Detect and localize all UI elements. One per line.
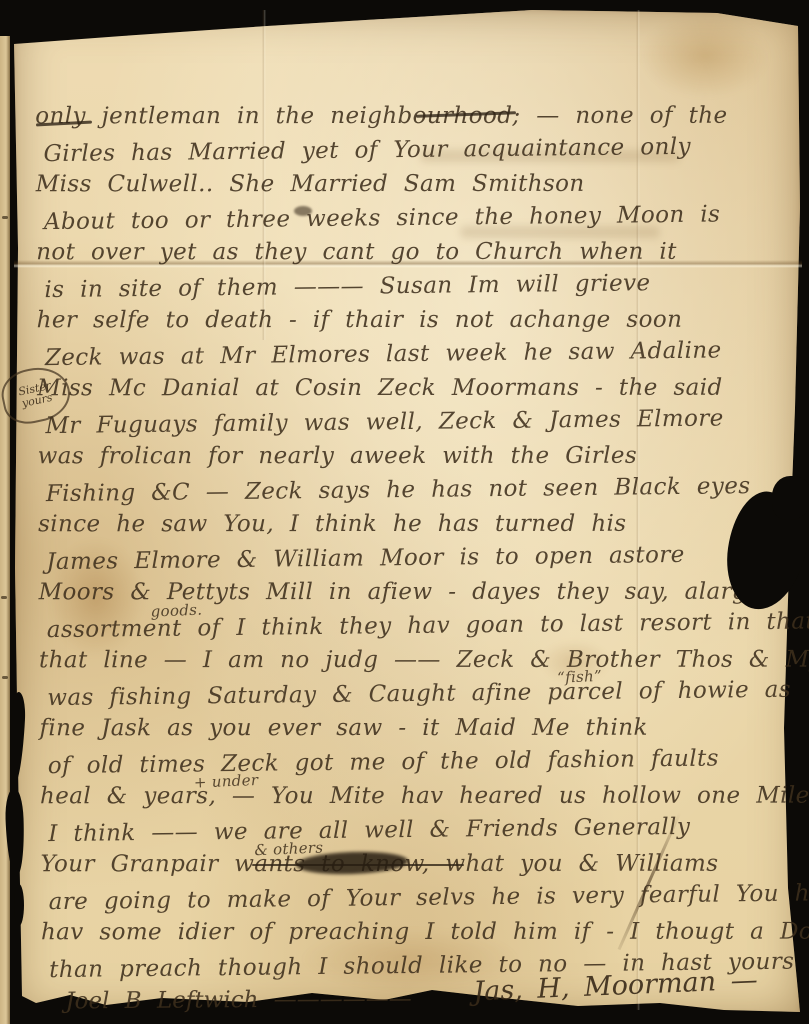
letter-line: since he saw You, I think he has turned …	[38, 512, 778, 538]
closing-row: Joel B Leftwich —————— Jas, H, Moorman —	[3, 983, 809, 989]
letter-line: her selfe to death - if thair is not ach…	[37, 308, 777, 334]
letter-line: I think —— we are all well & Friends Gen…	[48, 814, 788, 848]
interlinear-insertion-goods: goods.	[150, 601, 202, 621]
scan-background: only jentleman in the neighbourhood; — n…	[0, 0, 809, 1024]
letter-line: fine Jask as you ever saw - it Maid Me t…	[40, 716, 780, 742]
letter-line: was frolican for nearly aweek with the G…	[38, 444, 778, 470]
letter-line: is in site of them ——— Susan Im will gri…	[44, 270, 784, 304]
letter-line: James Elmore & William Moor is to open a…	[46, 542, 786, 576]
letter-line: not over yet as they cant go to Church w…	[36, 240, 776, 266]
interlinear-insertion-fish: “fish”	[557, 667, 603, 687]
letter-line: Miss Culwell.. She Married Sam Smithson	[36, 172, 776, 198]
letter-line: Fishing &C — Zeck says he has not seen B…	[46, 474, 786, 508]
letter-line: was fishing Saturday & Caught afine parc…	[47, 678, 787, 712]
letter-line: About too or three weeks since the honey…	[44, 202, 784, 236]
letter-line: heal & years, — You Mite hav heared us h…	[40, 784, 780, 810]
tear-left-edge-small	[14, 884, 24, 926]
letter-line: are going to make of Your selvs he is ve…	[49, 882, 789, 916]
interlinear-insertion-under: + under	[194, 771, 259, 792]
letter-line: of old times Zeck got me of the old fash…	[48, 746, 788, 780]
addressee-name: Joel B Leftwich ——————	[65, 986, 411, 1014]
letter-line: Mr Fuguays family was well, Zeck & James…	[45, 406, 785, 440]
letter-line: that line — I am no judg —— Zeck & Broth…	[39, 648, 779, 674]
letter-line: hav some idier of preaching I told him i…	[41, 920, 781, 946]
letter-line: Miss Mc Danial at Cosin Zeck Moormans - …	[37, 376, 777, 402]
letter-line: Girles has Married yet of Your acquainta…	[43, 134, 783, 168]
tear-hole-right-edge-small	[772, 476, 809, 520]
letter-body: only jentleman in the neighbourhood; — n…	[0, 0, 809, 1024]
letter-line: Zeck was at Mr Elmores last week he saw …	[45, 338, 785, 372]
letter-line: only jentleman in the neighbourhood; — n…	[35, 104, 775, 130]
